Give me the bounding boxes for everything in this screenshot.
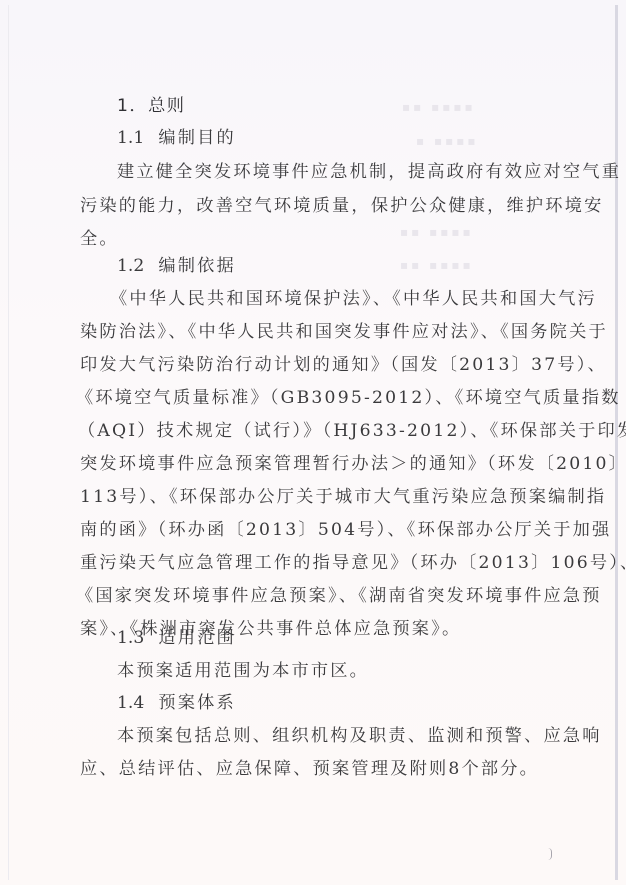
subsection-heading: 1.1编制目的 xyxy=(117,128,236,148)
paragraph-line: 本预案包括总则、组织机构及职责、监测和预警、应急响 xyxy=(117,726,602,746)
subsection-heading: 1.2编制依据 xyxy=(117,256,236,276)
scan-artifact-mark xyxy=(548,848,552,860)
paragraph-line: 南的函》（环办函〔2013〕504号）、《环保部办公厅关于加强 xyxy=(80,520,611,540)
paragraph-line: 建立健全突发环境事件应急机制，提高政府有效应对空气重 xyxy=(117,162,621,182)
page-right-edge xyxy=(615,5,618,880)
bleed-through-mark: ▪ ▪▪▪▪ xyxy=(416,134,478,148)
paragraph-line: 染防治法》、《中华人民共和国突发事件应对法》、《国务院关于 xyxy=(80,322,608,342)
subsection-title: 预案体系 xyxy=(158,693,236,713)
paragraph-line: 《环境空气质量标准》（GB3095-2012）、《环境空气质量指数 xyxy=(76,388,621,408)
section-title: 1．总则 xyxy=(117,96,186,116)
bleed-through-mark: ▪▪ ▪▪▪▪ xyxy=(400,258,474,272)
page-left-edge xyxy=(8,5,9,880)
subsection-number: 1.3 xyxy=(117,628,144,648)
paragraph-line: 印发大气污染防治行动计划的通知》（国发〔2013〕37号）、 xyxy=(80,355,607,375)
paragraph-line: 113号）、《环保部办公厅关于城市大气重污染应急预案编制指 xyxy=(80,487,606,507)
subsection-number: 1.4 xyxy=(117,693,144,713)
paragraph-line: 应、总结评估、应急保障、预案管理及附则8个部分。 xyxy=(80,759,539,779)
subsection-title: 编制目的 xyxy=(158,128,236,148)
bleed-through-mark: ▪▪ ▪▪▪▪ xyxy=(400,225,474,239)
paragraph-line: （AQI）技术规定（试行）》（HJ633-2012）、《环保部关于印发＜ xyxy=(78,421,626,441)
paragraph-line: 突发环境事件应急预案管理暂行办法＞的通知》（环发〔2010〕 xyxy=(80,454,626,474)
paragraph-line: 重污染天气应急管理工作的指导意见》（环办〔2013〕106号）、 xyxy=(80,553,626,573)
subsection-heading: 1.4预案体系 xyxy=(117,693,236,713)
paragraph-line: 本预案适用范围为本市市区。 xyxy=(117,661,369,681)
subsection-number: 1.1 xyxy=(117,128,144,148)
scanned-page: ▪▪ ▪▪▪▪ ▪ ▪▪▪▪ ▪▪ ▪▪▪▪ ▪▪ ▪▪▪▪ 1．总则 1.1编… xyxy=(0,0,626,885)
subsection-title: 适用范围 xyxy=(158,628,236,648)
bleed-through-mark: ▪▪ ▪▪▪▪ xyxy=(402,100,476,114)
paragraph-line: 《国家突发环境事件应急预案》、《湖南省突发环境事件应急预 xyxy=(76,586,602,606)
paragraph-line: 全。 xyxy=(80,229,119,249)
subsection-title: 编制依据 xyxy=(158,256,236,276)
subsection-heading: 1.3适用范围 xyxy=(117,628,236,648)
paragraph-line: 污染的能力，改善空气环境质量，保护公众健康，维护环境安 xyxy=(80,196,603,216)
subsection-number: 1.2 xyxy=(117,256,144,276)
paragraph-line: 《中华人民共和国环境保护法》、《中华人民共和国大气污 xyxy=(110,289,597,309)
